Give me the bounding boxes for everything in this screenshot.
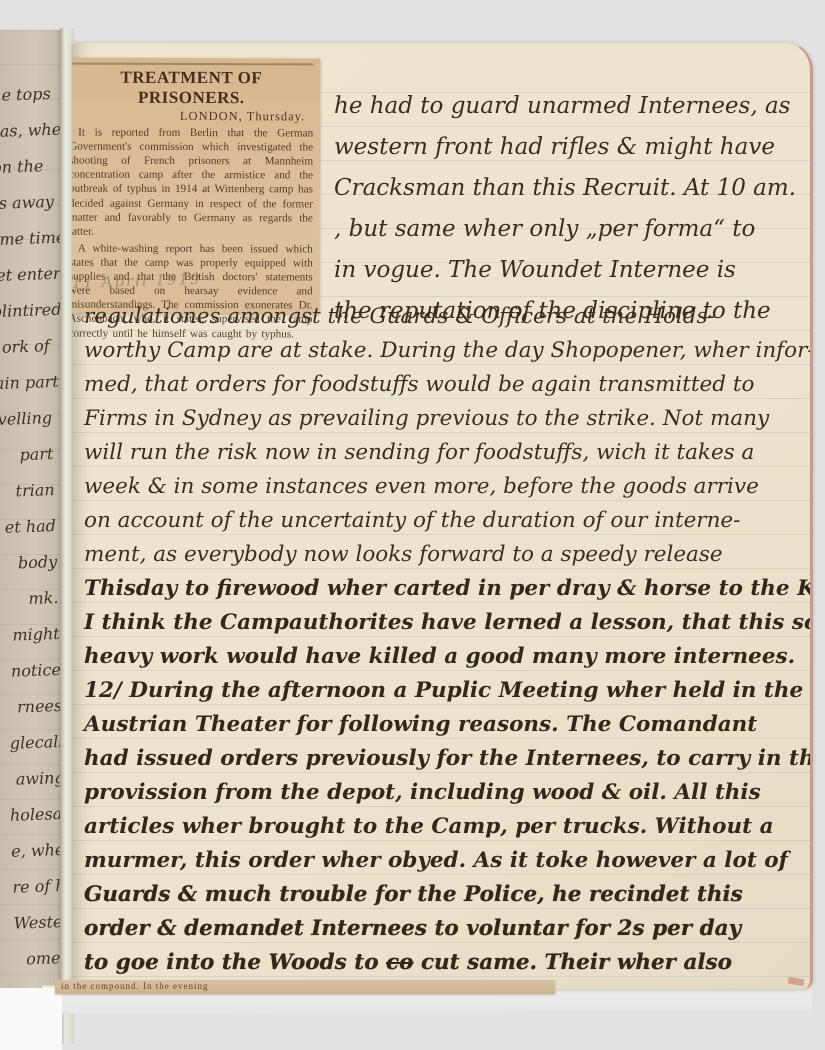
handwriting-line: med, that orders for foodstuffs would be… (84, 369, 806, 403)
handwriting-block-main: regulationes amongst the Guards & Office… (84, 301, 806, 981)
handwriting-line: week & in some instances even more, befo… (84, 471, 806, 505)
previous-page-fragment: trian (0, 475, 55, 513)
previous-page-edge: the tops was, whe on the ds away ame tim… (0, 30, 62, 992)
previous-page-fragment: ds away (0, 187, 45, 225)
handwriting-line: worthy Camp are at stake. During the day… (84, 335, 806, 369)
handwriting-line: heavy work would have killed a good many… (84, 641, 806, 675)
last-line-suffix: cut same. Their wher also (413, 950, 732, 975)
previous-page-fragment: let entered (0, 259, 48, 297)
last-line-strikethrough: co (386, 950, 413, 975)
previous-page-fragment: on the (0, 151, 44, 189)
previous-page-fragment: olintired (0, 295, 49, 333)
handwriting-line: had issued orders previously for the Int… (84, 743, 806, 777)
previous-page-fragment: body (1, 547, 58, 585)
handwriting-line: order & demandet Internees to voluntar f… (84, 913, 806, 947)
handwriting-line: murmer, this order wher obyed. As it tok… (84, 845, 806, 879)
previous-page-fragment: ain part (0, 367, 52, 405)
previous-page-fragment: awing (8, 763, 65, 801)
handwriting-line: regulationes amongst the Guards & Office… (84, 301, 806, 335)
bottom-clipping-sliver: in the compound. In the evening (55, 980, 555, 994)
previous-page-fragment: part (0, 439, 54, 477)
clipping-paragraph: It is reported from Berlin that the Germ… (72, 126, 313, 240)
previous-page-fragment: might (3, 619, 60, 657)
handwriting-line: Cracksman than this Recruit. At 10 am. (334, 169, 812, 210)
handwriting-line: , but same wher only „per forma“ to (334, 210, 812, 251)
previous-page-fragment: the tops (0, 79, 42, 117)
handwriting-line: Guards & much trouble for the Police, he… (84, 879, 806, 913)
clipping-dateline: LONDON, Thursday. (72, 109, 305, 125)
previous-page-fragment: mk. (2, 583, 59, 621)
handwriting-line: 12/ During the afternoon a Puplic Meetin… (84, 675, 806, 709)
previous-page-fragment: notice (4, 655, 61, 693)
handwriting-line: he had to guard unarmed Internees, as (334, 87, 812, 128)
handwriting-line: Austrian Theater for following reasons. … (84, 709, 806, 743)
page-corner-tear (788, 977, 805, 987)
previous-page-fragment: glecall (7, 727, 64, 765)
newspaper-clipping: TREATMENT OF PRISONERS. LONDON, Thursday… (72, 58, 320, 315)
handwriting-line: on account of the uncertainty of the dur… (84, 505, 806, 539)
previous-page-fragment: was, whe (0, 115, 43, 153)
previous-page-fragment: ame time (0, 223, 47, 261)
handwriting-line-last: to goe into the Woods to co cut same. Th… (84, 947, 806, 981)
handwriting-block-right: he had to guard unarmed Internees, as we… (334, 87, 812, 333)
previous-page-fragment: et had (0, 511, 57, 549)
handwriting-line: Firms in Sydney as prevailing previous t… (84, 403, 806, 437)
handwriting-line: Thisday to firewood wher carted in per d… (84, 573, 806, 607)
handwriting-line: ment, as everybody now looks forward to … (84, 539, 806, 573)
previous-page-fragment: holesale (9, 799, 66, 837)
handwriting-line: will run the risk now in sending for foo… (84, 437, 806, 471)
previous-page-fragment: velling (0, 403, 53, 441)
last-line-prefix: to goe into the Woods to (84, 950, 386, 975)
notebook-page: TREATMENT OF PRISONERS. LONDON, Thursday… (72, 42, 813, 989)
handwriting-line: in vogue. The Woundet Internee is (334, 251, 812, 292)
previous-page-fragment: ork of (0, 331, 50, 369)
handwriting-line: provission from the depot, including woo… (84, 777, 806, 811)
previous-page-fragment: rnees (6, 691, 63, 729)
handwriting-line: articles wher brought to the Camp, per t… (84, 811, 806, 845)
clipping-headline: TREATMENT OF PRISONERS. (72, 63, 313, 109)
handwriting-line: western front had rifles & might have (334, 128, 812, 169)
underlying-pages-left (0, 988, 62, 1050)
handwriting-line: I think the Campauthorites have lerned a… (84, 607, 806, 641)
scanned-diary-page: the tops was, whe on the ds away ame tim… (0, 0, 825, 1050)
